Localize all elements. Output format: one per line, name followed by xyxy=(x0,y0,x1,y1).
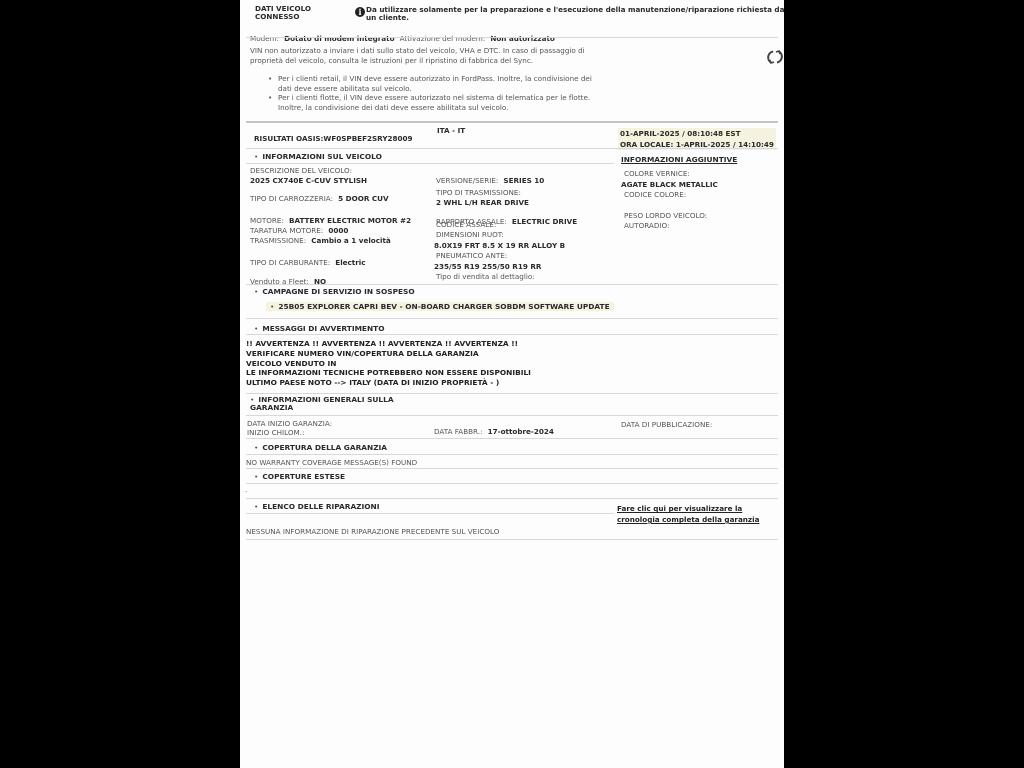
build-date-row: DATA FABBR.: 17-ottobre-2024 xyxy=(434,419,554,438)
version-label: VERSIONE/SERIE: xyxy=(436,176,498,185)
body-row: TIPO DI CARROZZERIA: 5 DOOR CUV xyxy=(250,186,389,205)
warning-messages: !! AVVERTENZA !! AVVERTENZA !! AVVERTENZ… xyxy=(246,339,531,388)
section-heading-warranty-coverage[interactable]: COPERTURA DELLA GARANZIA xyxy=(254,443,387,452)
timestamps: 01-APRIL-2025 / 08:10:48 EST ORA LOCALE:… xyxy=(618,128,776,150)
divider xyxy=(246,37,778,38)
fuel-row: TIPO DI CARBURANTE: Electric xyxy=(250,250,366,269)
divider xyxy=(246,148,778,149)
refresh-icon[interactable] xyxy=(766,48,784,66)
wheel-label: DIMENSIONI RUOT: xyxy=(436,230,504,239)
warranty-history-link[interactable]: Fare clic qui per visualizzare la cronol… xyxy=(617,503,759,525)
section-heading-warnings[interactable]: MESSAGGI DI AVVERTIMENTO xyxy=(254,324,384,333)
warning-line: LE INFORMAZIONI TECNICHE POTREBBERO NON … xyxy=(246,368,531,378)
document-page: DATI VEICOLO CONNESSO i Da utilizzare so… xyxy=(240,0,784,768)
transmission-value: Cambio a 1 velocità xyxy=(311,236,391,245)
section-heading-vehicle-info[interactable]: INFORMAZIONI SUL VEICOLO xyxy=(254,152,382,161)
warranty-coverage-message: NO WARRANTY COVERAGE MESSAGE(S) FOUND xyxy=(246,458,417,467)
note-item: Per i clienti flotte, il VIN deve essere… xyxy=(268,93,593,112)
color-code-label: CODICE COLORE: xyxy=(624,190,686,199)
publish-date-label: DATA DI PUBBLICAZIONE: xyxy=(621,420,712,429)
tire-value: 235/55 R19 255/50 R19 RR xyxy=(434,262,541,271)
version-value: SERIES 10 xyxy=(503,176,544,185)
divider xyxy=(246,468,778,469)
gvw-label: PESO LORDO VEICOLO: xyxy=(624,211,707,220)
campaign-item[interactable]: 25B05 EXPLORER CAPRI BEV - ON-BOARD CHAR… xyxy=(266,302,614,311)
heading-line: GARANZIA xyxy=(250,404,394,412)
transmission-label: TRASMISSIONE: xyxy=(250,236,306,245)
section-heading-additional-info: INFORMAZIONI AGGIUNTIVE xyxy=(621,155,737,164)
oasis-results: RISULTATI OASIS:WF0SPBEF2SRY28009 xyxy=(254,126,413,145)
warning-line: !! AVVERTENZA !! AVVERTENZA !! AVVERTENZ… xyxy=(246,339,531,349)
divider xyxy=(246,121,778,123)
notice-text: Da utilizzare solamente per la preparazi… xyxy=(366,6,784,22)
tire-label: PNEUMATICO ANTE: xyxy=(436,251,507,260)
server-datetime: 01-APRIL-2025 / 08:10:48 EST xyxy=(620,128,774,139)
warning-line: VERIFICARE NUMERO VIN/COPERTURA DELLA GA… xyxy=(246,349,531,359)
mileage-start-label: INIZIO CHILOM.: xyxy=(247,428,304,437)
drive-value: 2 WHL L/H REAR DRIVE xyxy=(436,198,529,207)
divider xyxy=(246,483,778,484)
warning-line: VEICOLO VENDUTO IN xyxy=(246,359,531,369)
extended-coverage-message: . xyxy=(245,485,247,494)
wheel-value: 8.0X19 FRT 8.5 X 19 RR ALLOY B xyxy=(434,241,565,250)
info-icon: i xyxy=(355,7,365,17)
divider xyxy=(246,513,614,514)
repairs-message: NESSUNA INFORMAZIONE DI RIPARAZIONE PREC… xyxy=(246,527,499,536)
warning-line: ULTIMO PAESE NOTO --> ITALY (DATA DI INI… xyxy=(246,378,531,388)
divider xyxy=(246,393,778,394)
connected-notes: Per i clienti retail, il VIN deve essere… xyxy=(268,74,593,112)
note-item: Per i clienti retail, il VIN deve essere… xyxy=(268,74,593,93)
connected-paragraph: VIN non autorizzato a inviare i dati sul… xyxy=(250,46,595,65)
body-label: TIPO DI CARROZZERIA: xyxy=(250,194,333,203)
fleet-row: Venduto a Fleet: NO xyxy=(250,269,326,288)
activation-value: Non autorizzato xyxy=(490,34,555,43)
body-value: 5 DOOR CUV xyxy=(338,194,388,203)
section-heading-extended-coverage[interactable]: COPERTURE ESTESE xyxy=(254,472,345,481)
link-line[interactable]: Fare clic qui per visualizzare la xyxy=(617,503,759,514)
fuel-value: Electric xyxy=(335,258,365,267)
retail-label: Tipo di vendita al dettaglio: xyxy=(436,272,535,281)
build-date-value: 17-ottobre-2024 xyxy=(488,427,554,436)
drive-label: TIPO DI TRASMISSIONE: xyxy=(436,188,521,197)
fuel-label: TIPO DI CARBURANTE: xyxy=(250,258,330,267)
divider xyxy=(246,498,778,499)
divider xyxy=(246,539,778,540)
paint-label: COLORE VERNICE: xyxy=(624,169,690,178)
link-line[interactable]: cronologia completa della garanzia xyxy=(617,514,759,525)
version-row: VERSIONE/SERIE: SERIES 10 xyxy=(436,168,544,187)
paint-value: AGATE BLACK METALLIC xyxy=(621,180,718,189)
divider xyxy=(246,163,614,164)
divider xyxy=(246,318,778,319)
modem-label: Modem: xyxy=(250,34,279,43)
modem-value: Dotato di modem integrato xyxy=(284,34,394,43)
divider xyxy=(246,415,778,416)
warranty-start-label: DATA INIZIO GARANZIA: xyxy=(247,419,332,428)
transmission-row: TRASMISSIONE: Cambio a 1 velocità xyxy=(250,228,391,247)
locale-value: ITA - IT xyxy=(437,126,465,135)
divider xyxy=(246,284,778,285)
results-label: RISULTATI OASIS: xyxy=(254,134,323,143)
radio-label: AUTORADIO: xyxy=(624,221,669,230)
divider xyxy=(246,438,778,439)
build-date-label: DATA FABBR.: xyxy=(434,427,483,436)
axle-ratio-value: ELECTRIC DRIVE xyxy=(512,217,577,226)
section-heading-repairs[interactable]: ELENCO DELLE RIPARAZIONI xyxy=(254,502,380,511)
description-label: DESCRIZIONE DEL VEICOLO: xyxy=(250,166,352,175)
activation-label: Attivazione del modem: xyxy=(400,34,486,43)
modem-row: Modem: Dotato di modem integrato Attivaz… xyxy=(250,26,555,45)
divider xyxy=(246,334,778,335)
section-heading-warranty-general[interactable]: INFORMAZIONI GENERALI SULLA GARANZIA xyxy=(250,396,394,412)
description-value: 2025 CX740E C-CUV STYLISH xyxy=(250,176,367,185)
divider xyxy=(246,454,778,455)
connected-vehicle-title: DATI VEICOLO CONNESSO xyxy=(255,5,311,21)
section-heading-campaigns[interactable]: CAMPAGNE DI SERVIZIO IN SOSPESO xyxy=(254,287,415,296)
vin-value: WF0SPBEF2SRY28009 xyxy=(323,134,412,143)
axle-code-label: CODICE ASSALE: xyxy=(436,220,496,229)
